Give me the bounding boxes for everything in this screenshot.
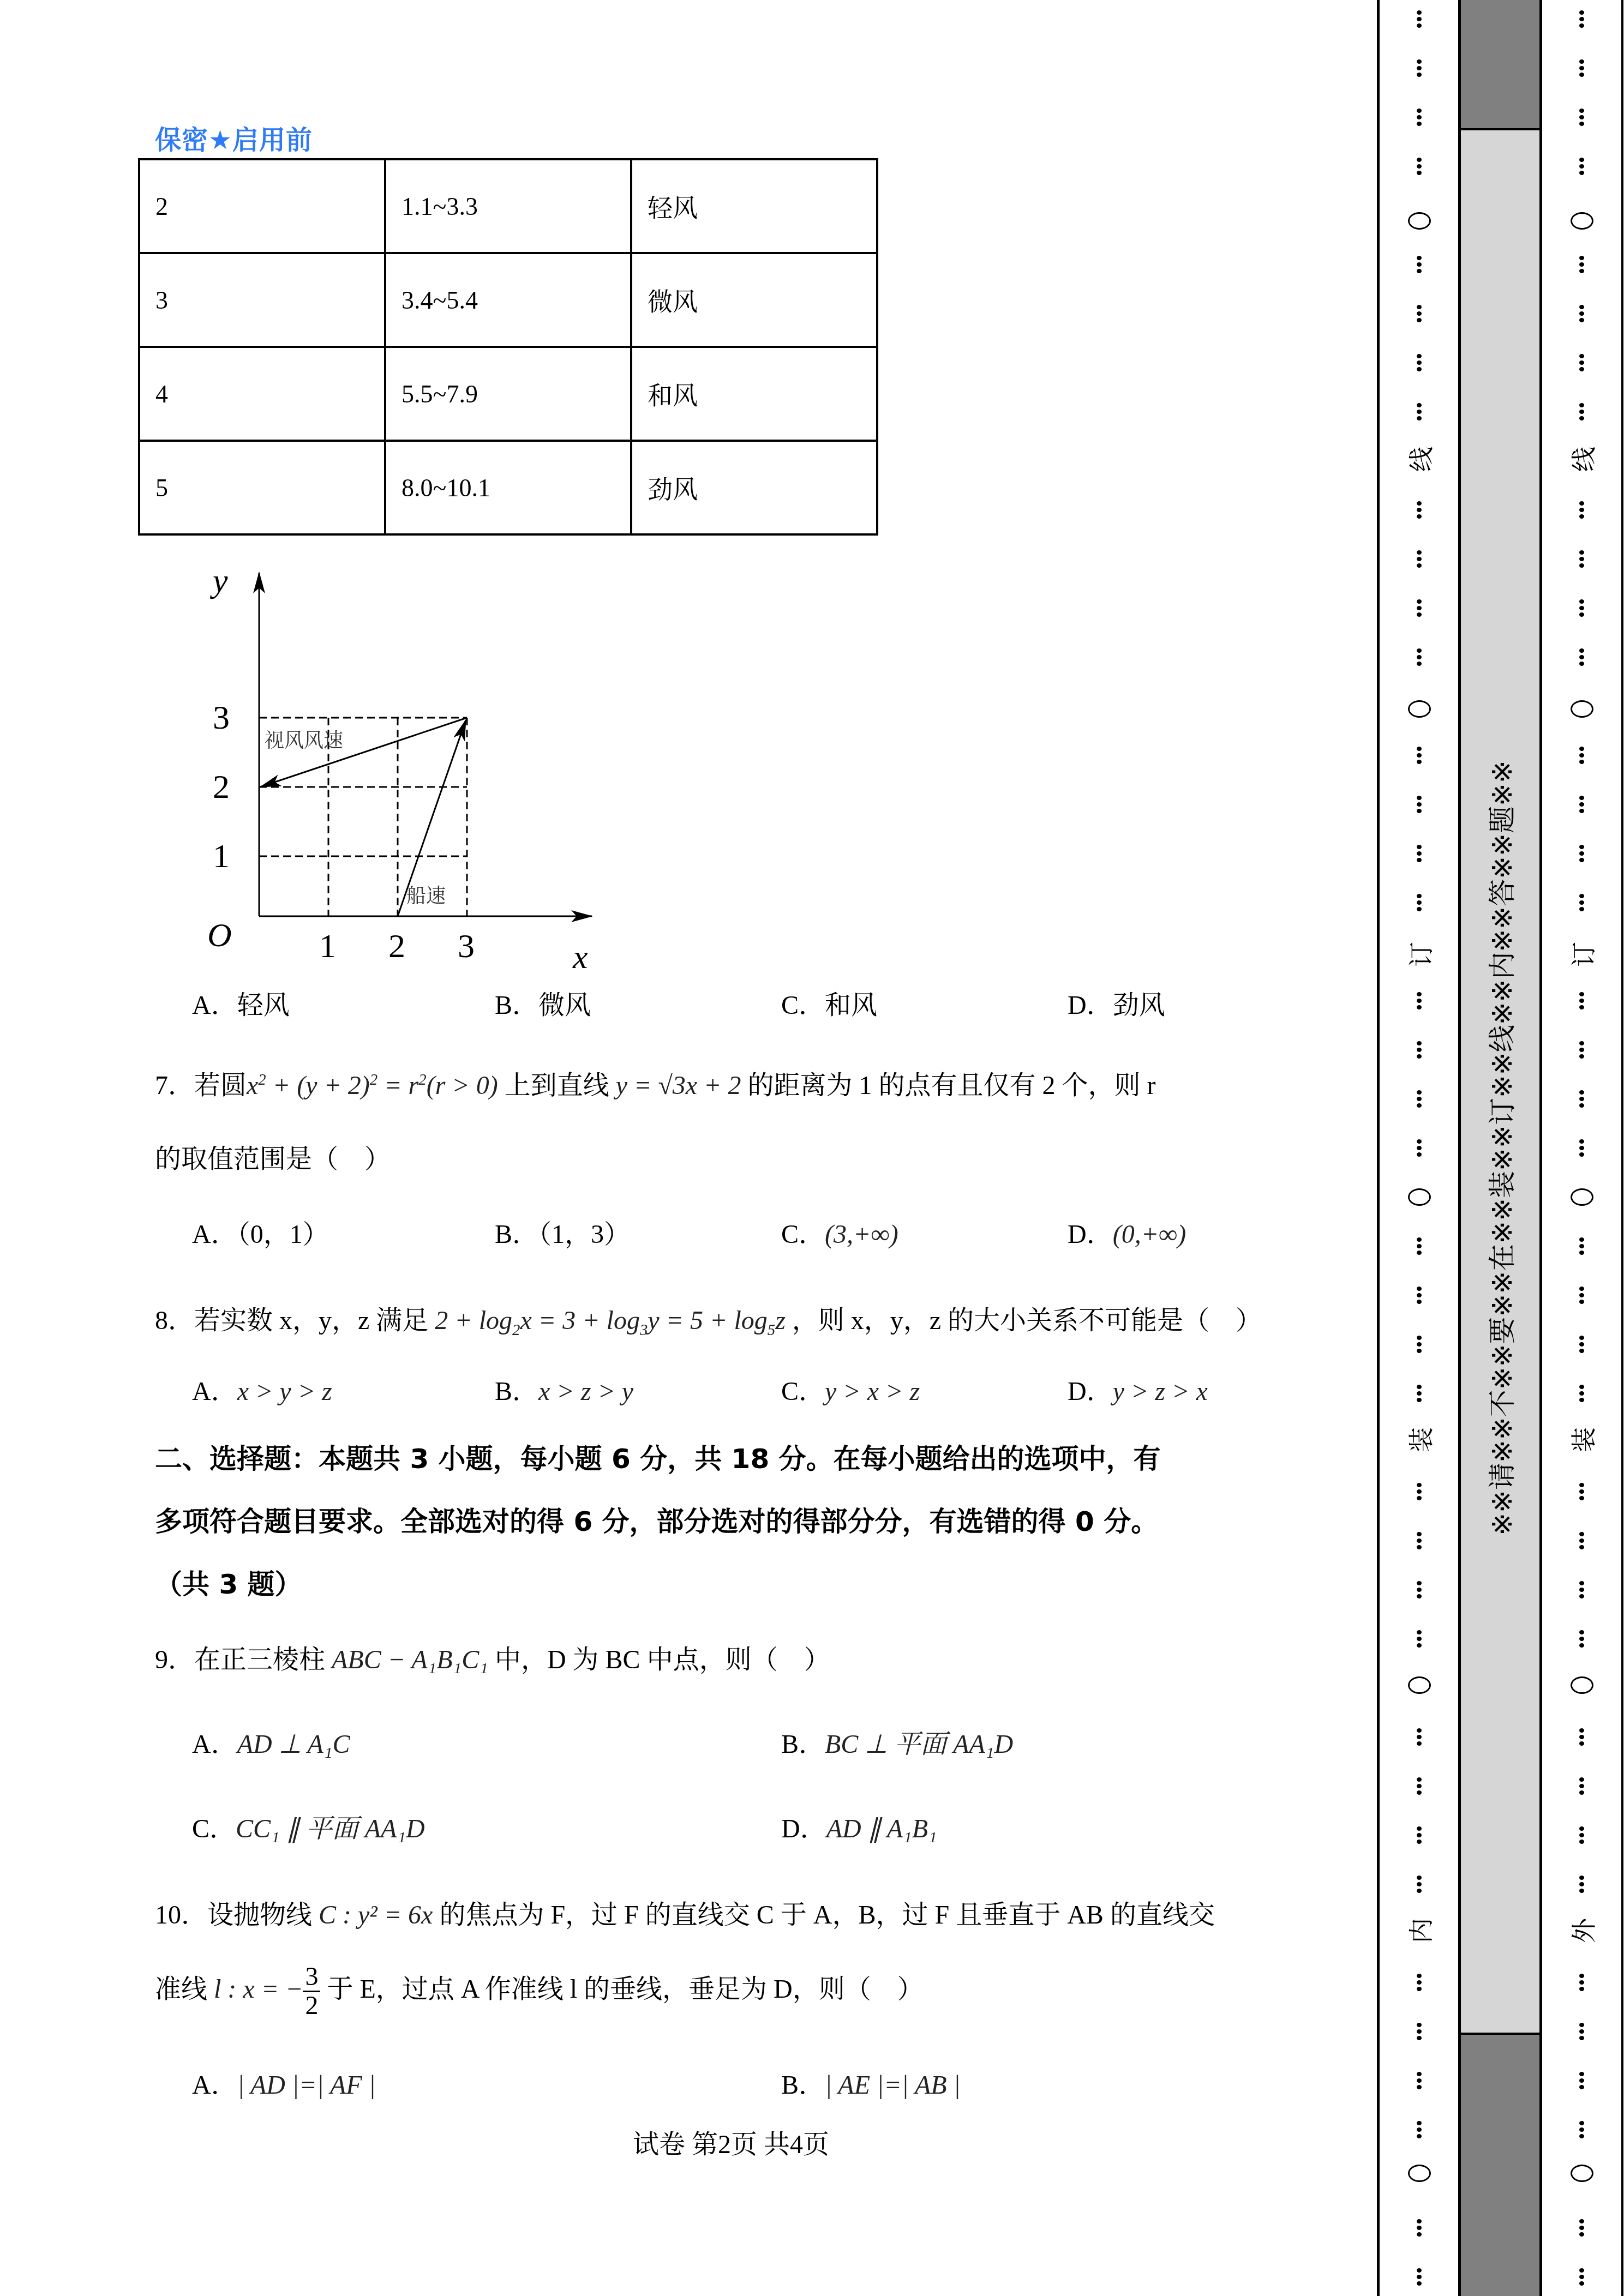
dots-icon: [1417, 1824, 1422, 1846]
table-cell: 8.0~10.1: [385, 441, 631, 534]
dots-icon: [1579, 254, 1585, 275]
dots-icon: [1417, 1333, 1422, 1355]
q8-option-a[interactable]: A．x > y > z: [192, 1379, 332, 1405]
binding-label: 外: [1564, 1918, 1600, 1943]
dots-icon: [1579, 106, 1585, 128]
dots-icon: [1417, 1972, 1422, 1993]
table-cell: 轻风: [631, 159, 877, 253]
q8-option-b[interactable]: B．x > z > y: [495, 1379, 633, 1405]
dots-icon: [1417, 646, 1422, 668]
dots-icon: [1417, 1628, 1422, 1650]
circle-icon: [1408, 212, 1431, 230]
table-cell: 劲风: [631, 441, 877, 534]
dots-icon: [1579, 548, 1585, 570]
question-9: 9．在正三棱柱 ABC − A₁B₁C₁ 中，D 为 BC 中点，则（ ）: [155, 1647, 830, 1673]
dots-icon: [1579, 1333, 1585, 1355]
dots-icon: [1417, 254, 1422, 275]
dots-icon: [1579, 2021, 1585, 2042]
dots-icon: [1579, 2217, 1585, 2239]
dots-icon: [1579, 1039, 1585, 1061]
circle-icon: [1571, 1676, 1593, 1694]
question-10: 10．设抛物线 C : y² = 6x 的焦点为 F，过 F 的直线交 C 于 …: [155, 1902, 1215, 1928]
dots-icon: [1417, 843, 1422, 864]
binding-label: 装: [1564, 1427, 1600, 1452]
dots-icon: [1417, 1481, 1422, 1502]
binding-label: 线: [1401, 447, 1437, 472]
y-axis-label: y: [209, 562, 228, 599]
dots-icon: [1579, 1137, 1585, 1159]
q9-option-b[interactable]: B．BC ⊥ 平面 AA₁D: [781, 1732, 1013, 1758]
question-8: 8．若实数 x，y，z 满足 2 + log2x = 3 + log3y = 5…: [155, 1308, 1262, 1338]
dots-icon: [1417, 352, 1422, 374]
q9-option-a[interactable]: A．AD ⊥ A₁C: [192, 1732, 350, 1758]
q7-option-c[interactable]: C．(3,+∞): [781, 1222, 898, 1248]
x-tick-2: 2: [388, 928, 405, 965]
page-footer: 试卷 第2页 共4页: [0, 2123, 1462, 2161]
x-tick-3: 3: [458, 928, 475, 965]
binding-label: 内: [1401, 1918, 1437, 1943]
circle-icon: [1571, 212, 1593, 230]
circle-icon: [1571, 1188, 1593, 1206]
circle-icon: [1571, 2165, 1593, 2182]
origin-label: O: [207, 917, 232, 954]
q6-option-a[interactable]: A．轻风: [192, 993, 290, 1019]
table-cell: 1.1~3.3: [385, 159, 631, 253]
binding-column-inner: 线订装内: [1380, 0, 1459, 2296]
y-tick-2: 2: [213, 768, 230, 806]
dots-icon: [1579, 1235, 1585, 1257]
dots-icon: [1417, 1039, 1422, 1061]
dots-icon: [1417, 8, 1422, 30]
q7-option-a[interactable]: A．（0，1）: [192, 1222, 329, 1248]
dots-icon: [1417, 1137, 1422, 1159]
dots-icon: [1579, 794, 1585, 815]
dots-icon: [1417, 1873, 1422, 1895]
section-2-heading-line2: 多项符合题目要求。全部选对的得 6 分，部分选对的得部分分，有选错的得 0 分。: [155, 1508, 1158, 1535]
q7-option-d[interactable]: D．(0,+∞): [1068, 1222, 1186, 1248]
dots-icon: [1579, 1628, 1585, 1650]
circle-equation: x2 + (y + 2)2 = r2(r > 0): [247, 1071, 498, 1100]
question-7: 7．若圆x2 + (y + 2)2 = r2(r > 0) 上到直线 y = √…: [155, 1072, 1156, 1099]
binding-warning-text: ※※请※※不※※要※※在※※装※※订※※线※※内※※答※※题※※: [1481, 760, 1520, 1536]
table-cell: 微风: [631, 253, 877, 347]
x-axis-label: x: [572, 939, 588, 976]
q10-option-b[interactable]: B．| AE |=| AB |: [781, 2072, 961, 2099]
dots-icon: [1579, 1481, 1585, 1502]
q7-option-b[interactable]: B．（1，3）: [495, 1222, 630, 1248]
binding-dark-bottom: [1461, 2033, 1539, 2296]
confidential-header: 保密★启用前: [155, 119, 313, 157]
section-2-heading-line3: （共 3 题）: [155, 1571, 302, 1598]
table-row: 5 8.0~10.1 劲风: [139, 441, 877, 534]
dots-icon: [1579, 2119, 1585, 2141]
dots-icon: [1417, 2217, 1422, 2239]
dots-icon: [1417, 1775, 1422, 1797]
question-10-line2: 准线 l : x = −32 于 E，过点 A 作准线 l 的垂线，垂足为 D，…: [155, 1963, 924, 2020]
binding-label: 订: [1564, 942, 1600, 967]
table-row: 4 5.5~7.9 和风: [139, 347, 877, 441]
dots-icon: [1417, 2070, 1422, 2091]
circle-icon: [1408, 1188, 1431, 1206]
circle-icon: [1571, 700, 1593, 718]
binding-dark-top: [1461, 0, 1539, 130]
dots-icon: [1417, 1579, 1422, 1601]
question-7-line2: 的取值范围是（ ）: [155, 1146, 391, 1173]
dots-icon: [1417, 401, 1422, 423]
wind-scale-table: 2 1.1~3.3 轻风 3 3.4~5.4 微风 4 5.5~7.9 和风 5…: [138, 158, 878, 536]
q9-option-c[interactable]: C．CC₁ ∥ 平面 AA₁D: [192, 1816, 425, 1842]
q6-option-c[interactable]: C．和风: [781, 993, 877, 1019]
q6-option-b[interactable]: B．微风: [495, 993, 591, 1019]
dots-icon: [1579, 597, 1585, 619]
q9-option-d[interactable]: D．AD ∥ A₁B₁: [781, 1816, 937, 1842]
dots-icon: [1417, 499, 1422, 521]
dots-icon: [1417, 548, 1422, 570]
dots-icon: [1417, 2119, 1422, 2141]
dots-icon: [1579, 1873, 1585, 1895]
binding-column-outer: 线订装外: [1542, 0, 1621, 2296]
dots-icon: [1417, 990, 1422, 1012]
dots-icon: [1579, 1284, 1585, 1306]
table-row: 3 3.4~5.4 微风: [139, 253, 877, 347]
dots-icon: [1417, 794, 1422, 815]
dots-icon: [1417, 1235, 1422, 1257]
dots-icon: [1417, 1530, 1422, 1552]
dots-icon: [1417, 1726, 1422, 1748]
dots-icon: [1417, 303, 1422, 324]
vector-diagram: y x O 1 2 3 1 2 3 视风风速 船速: [188, 562, 614, 976]
apparent-wind-vector: [260, 718, 467, 787]
table-cell: 3: [139, 253, 385, 347]
dots-icon: [1579, 1579, 1585, 1601]
dots-icon: [1417, 2266, 1422, 2288]
ship-speed-label: 船速: [406, 885, 446, 907]
x-tick-1: 1: [319, 928, 336, 965]
dots-icon: [1579, 155, 1585, 177]
dots-icon: [1579, 892, 1585, 913]
table-cell: 3.4~5.4: [385, 253, 631, 347]
exam-page: 保密★启用前 2 1.1~3.3 轻风 3 3.4~5.4 微风 4 5.5~7…: [0, 0, 1375, 2296]
dots-icon: [1417, 155, 1422, 177]
y-tick-3: 3: [213, 699, 230, 736]
dots-icon: [1579, 401, 1585, 423]
dots-icon: [1417, 1088, 1422, 1110]
q10-option-a[interactable]: A．| AD |=| AF |: [192, 2072, 376, 2099]
table-cell: 和风: [631, 347, 877, 441]
dots-icon: [1579, 1530, 1585, 1552]
y-tick-1: 1: [213, 838, 230, 875]
binding-label: 装: [1401, 1427, 1437, 1452]
fraction: 32: [303, 1963, 320, 2020]
binding-label: 线: [1564, 447, 1600, 472]
section-2-heading-line1: 二、选择题：本题共 3 小题，每小题 6 分，共 18 分。在每小题给出的选项中…: [155, 1445, 1161, 1472]
dots-icon: [1417, 57, 1422, 79]
binding-label: 订: [1401, 942, 1437, 967]
table-cell: 2: [139, 159, 385, 253]
dots-icon: [1579, 352, 1585, 374]
q6-option-d[interactable]: D．劲风: [1068, 993, 1165, 1019]
dots-icon: [1579, 1824, 1585, 1846]
dots-icon: [1579, 2266, 1585, 2288]
dots-icon: [1579, 57, 1585, 79]
table-cell: 5: [139, 441, 385, 534]
dots-icon: [1579, 303, 1585, 324]
dots-icon: [1579, 2070, 1585, 2091]
dots-icon: [1579, 843, 1585, 864]
circle-icon: [1408, 2165, 1431, 2182]
dots-icon: [1579, 990, 1585, 1012]
dots-icon: [1417, 744, 1422, 766]
log-equation: 2 + log2x = 3 + log3y = 5 + log5z: [435, 1306, 785, 1335]
dots-icon: [1417, 892, 1422, 913]
line-equation: y = √3x + 2: [616, 1071, 741, 1100]
table-cell: 4: [139, 347, 385, 441]
apparent-wind-label: 视风风速: [265, 730, 343, 752]
dots-icon: [1579, 1775, 1585, 1797]
q8-option-d[interactable]: D．y > z > x: [1068, 1379, 1208, 1405]
dots-icon: [1579, 1088, 1585, 1110]
dots-icon: [1417, 597, 1422, 619]
dots-icon: [1579, 1726, 1585, 1748]
q8-option-c[interactable]: C．y > x > z: [781, 1379, 920, 1405]
dots-icon: [1579, 646, 1585, 668]
dots-icon: [1417, 1383, 1422, 1404]
dots-icon: [1579, 1972, 1585, 1993]
dots-icon: [1579, 499, 1585, 521]
dots-icon: [1417, 2021, 1422, 2042]
table-row: 2 1.1~3.3 轻风: [139, 159, 877, 253]
dots-icon: [1579, 8, 1585, 30]
dots-icon: [1579, 744, 1585, 766]
dots-icon: [1417, 1284, 1422, 1306]
circle-icon: [1408, 700, 1431, 718]
table-cell: 5.5~7.9: [385, 347, 631, 441]
dots-icon: [1579, 1383, 1585, 1404]
circle-icon: [1408, 1676, 1431, 1694]
dots-icon: [1417, 106, 1422, 128]
